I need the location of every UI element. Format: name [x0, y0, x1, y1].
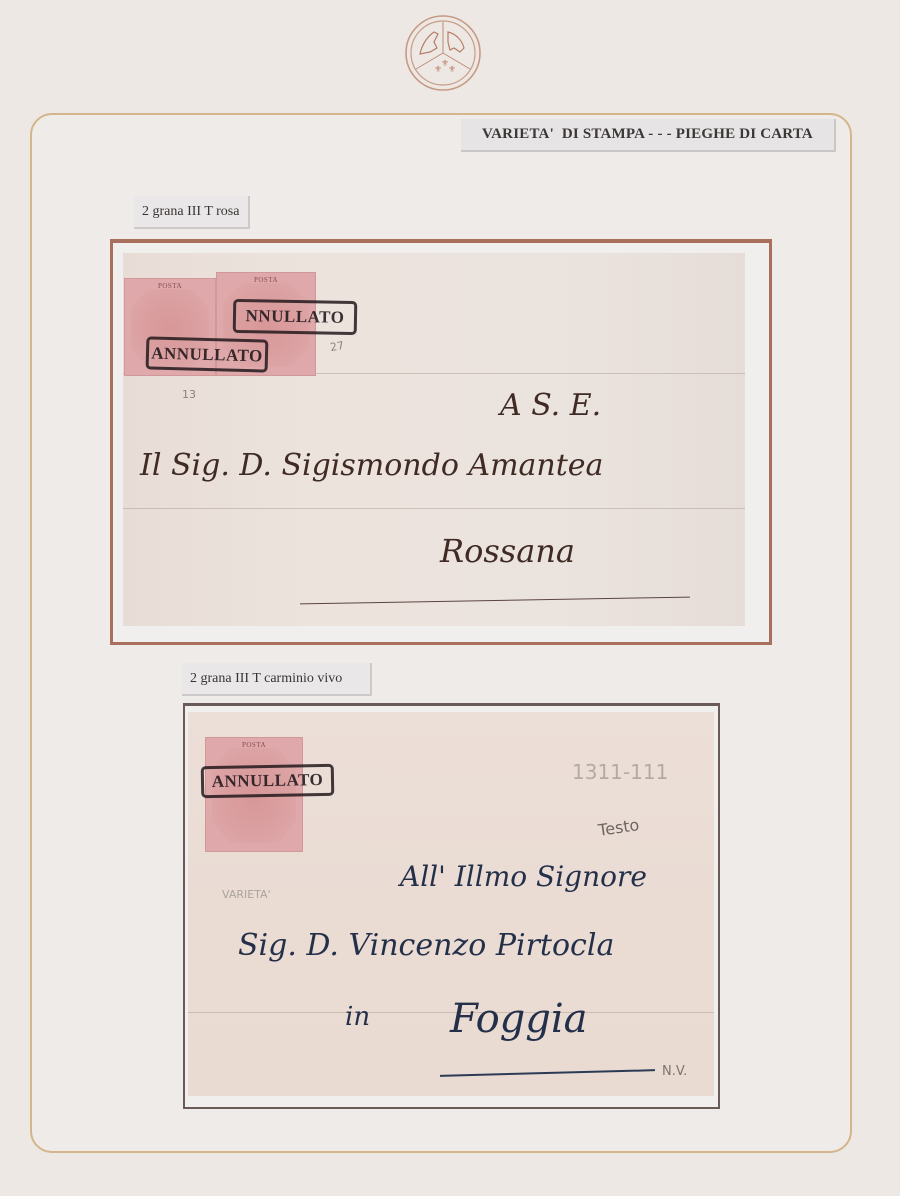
cover-1-caption: 2 grana III T rosa — [134, 196, 250, 229]
cover-2-caption: 2 grana III T carminio vivo — [182, 663, 372, 696]
cover-2-pencil-note: VARIETA' — [222, 888, 271, 901]
cover-1-pencil-note: 27 — [329, 339, 345, 354]
cover-2-pencil-note: 1311-111 — [572, 760, 668, 784]
cover-2-address-line-3: in — [345, 1002, 370, 1032]
cover-2-cancel: ANNULLATO — [201, 764, 335, 798]
cover-1-cancel-upper: NNULLATO — [233, 299, 358, 335]
cover-1-salutation: A S. E. — [500, 388, 601, 423]
cover-1-address-line-1: Il Sig. D. Sigismondo Amantea — [140, 448, 603, 483]
cover-2-pencil-note: N.V. — [662, 1064, 687, 1079]
page-title-label: VARIETA' DI STAMPA - - - PIEGHE DI CARTA — [461, 119, 836, 152]
svg-text:⚜: ⚜ — [448, 64, 456, 74]
coat-of-arms-emblem-icon: ⚜ ⚜ ⚜ — [404, 14, 482, 92]
cover-1-cancel-lower: ANNULLATO — [146, 336, 269, 372]
cover-2-address-line-2: Sig. D. Vincenzo Pirtocla — [238, 928, 614, 963]
cover-2-address-line-4: Foggia — [450, 996, 588, 1042]
cover-1-pencil-note: 13 — [182, 388, 196, 401]
cover-1-address-line-2: Rossana — [440, 532, 575, 570]
cover-2-address-line-1: All' Illmo Signore — [400, 860, 647, 893]
